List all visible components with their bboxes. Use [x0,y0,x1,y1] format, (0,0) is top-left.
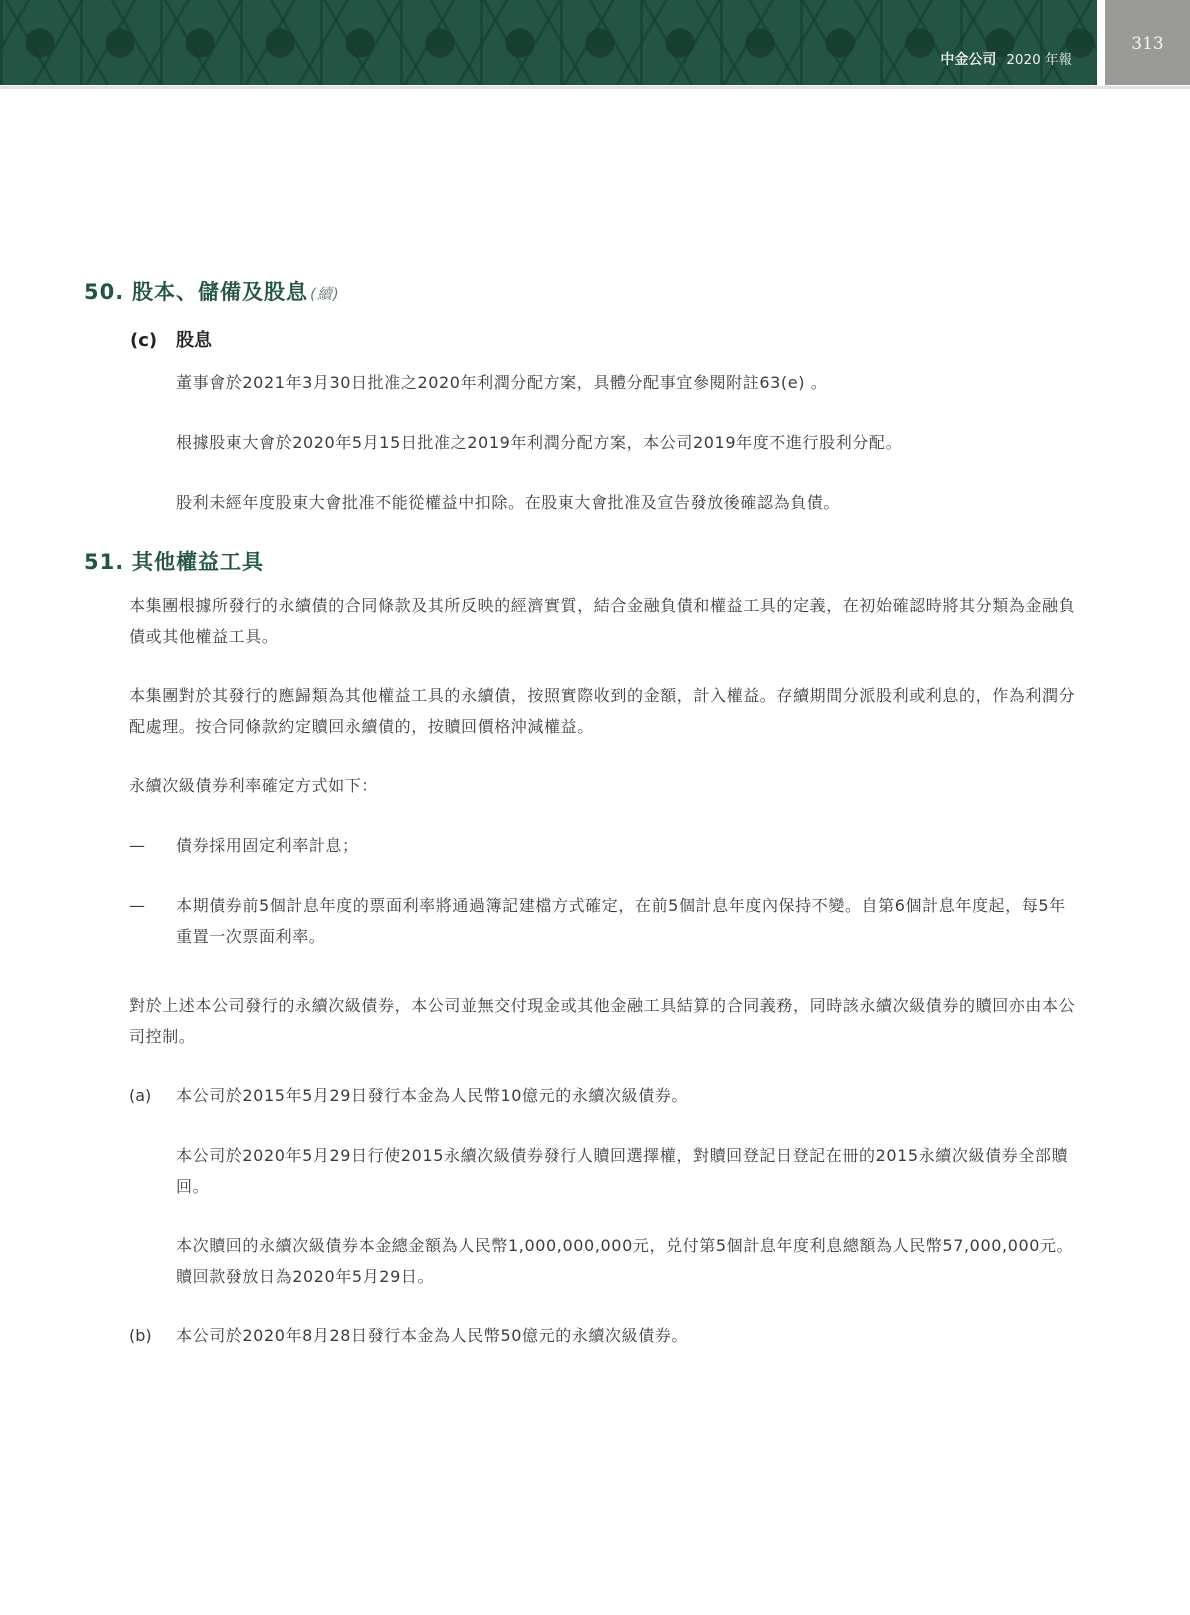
section-number: 50. [84,280,132,304]
item-a-label: (a) [129,1080,151,1111]
page-number: 313 [1131,34,1163,54]
header-divider [0,86,1190,89]
header-gap [1097,0,1105,85]
company-name: 中金公司 [940,49,996,69]
header-pattern-band [0,0,1097,85]
equity-paragraph-1: 本集團根據所發行的永續債的合同條款及其所反映的經濟實質，結合金融負債和權益工具的… [129,590,1079,652]
item-a-sub-paragraph-1: 本公司於2020年5月29日行使2015永續次級債券發行人贖回選擇權，對贖回登記… [176,1140,1079,1202]
obligation-paragraph: 對於上述本公司發行的永續次級債券，本公司並無交付現金或其他金融工具結算的合同義務… [129,990,1079,1052]
bullet-marker: — [129,830,145,861]
item-b-label: (b) [129,1320,152,1351]
dividend-paragraph-1: 董事會於2021年3月30日批准之2020年利潤分配方案，具體分配事宜參閱附註6… [176,367,1079,398]
item-a-sub-paragraph-2: 本次贖回的永續次級債券本金總金額為人民幣1,000,000,000元，兑付第5個… [176,1230,1079,1292]
equity-paragraph-3: 永續次級債券利率確定方式如下： [129,770,1079,801]
equity-paragraph-2: 本集團對於其發行的應歸類為其他權益工具的永續債，按照實際收到的金額，計入權益。存… [129,680,1079,742]
section-51-heading: 51. 其他權益工具 [84,546,264,576]
section-title: 其他權益工具 [132,546,264,576]
subsection-label: (c) [130,330,176,351]
page-number-box: 313 [1105,0,1190,85]
continued-label: (續) [310,283,340,304]
section-title: 股本、儲備及股息 [132,276,308,306]
subsection-c-heading: (c) 股息 [130,326,212,352]
section-number: 51. [84,550,132,574]
section-50-heading: 50. 股本、儲備及股息 (續) [84,276,340,306]
report-label: 中金公司 2020 年報 [940,48,1072,69]
bullet-text-2: 本期債券前5個計息年度的票面利率將通過簿記建檔方式確定，在前5個計息年度內保持不… [176,890,1079,952]
subsection-title: 股息 [176,326,212,352]
bullet-text-1: 債券採用固定利率計息； [176,830,1079,861]
item-b-text: 本公司於2020年8月28日發行本金為人民幣50億元的永續次級債券。 [176,1320,1079,1351]
report-title: 2020 年報 [1006,48,1072,68]
dividend-paragraph-3: 股利未經年度股東大會批准不能從權益中扣除。在股東大會批准及宣告發放後確認為負債。 [176,487,1079,518]
bullet-marker: — [129,890,145,921]
item-a-text: 本公司於2015年5月29日發行本金為人民幣10億元的永續次級債券。 [176,1080,1079,1111]
dividend-paragraph-2: 根據股東大會於2020年5月15日批准之2019年利潤分配方案，本公司2019年… [176,427,1079,458]
